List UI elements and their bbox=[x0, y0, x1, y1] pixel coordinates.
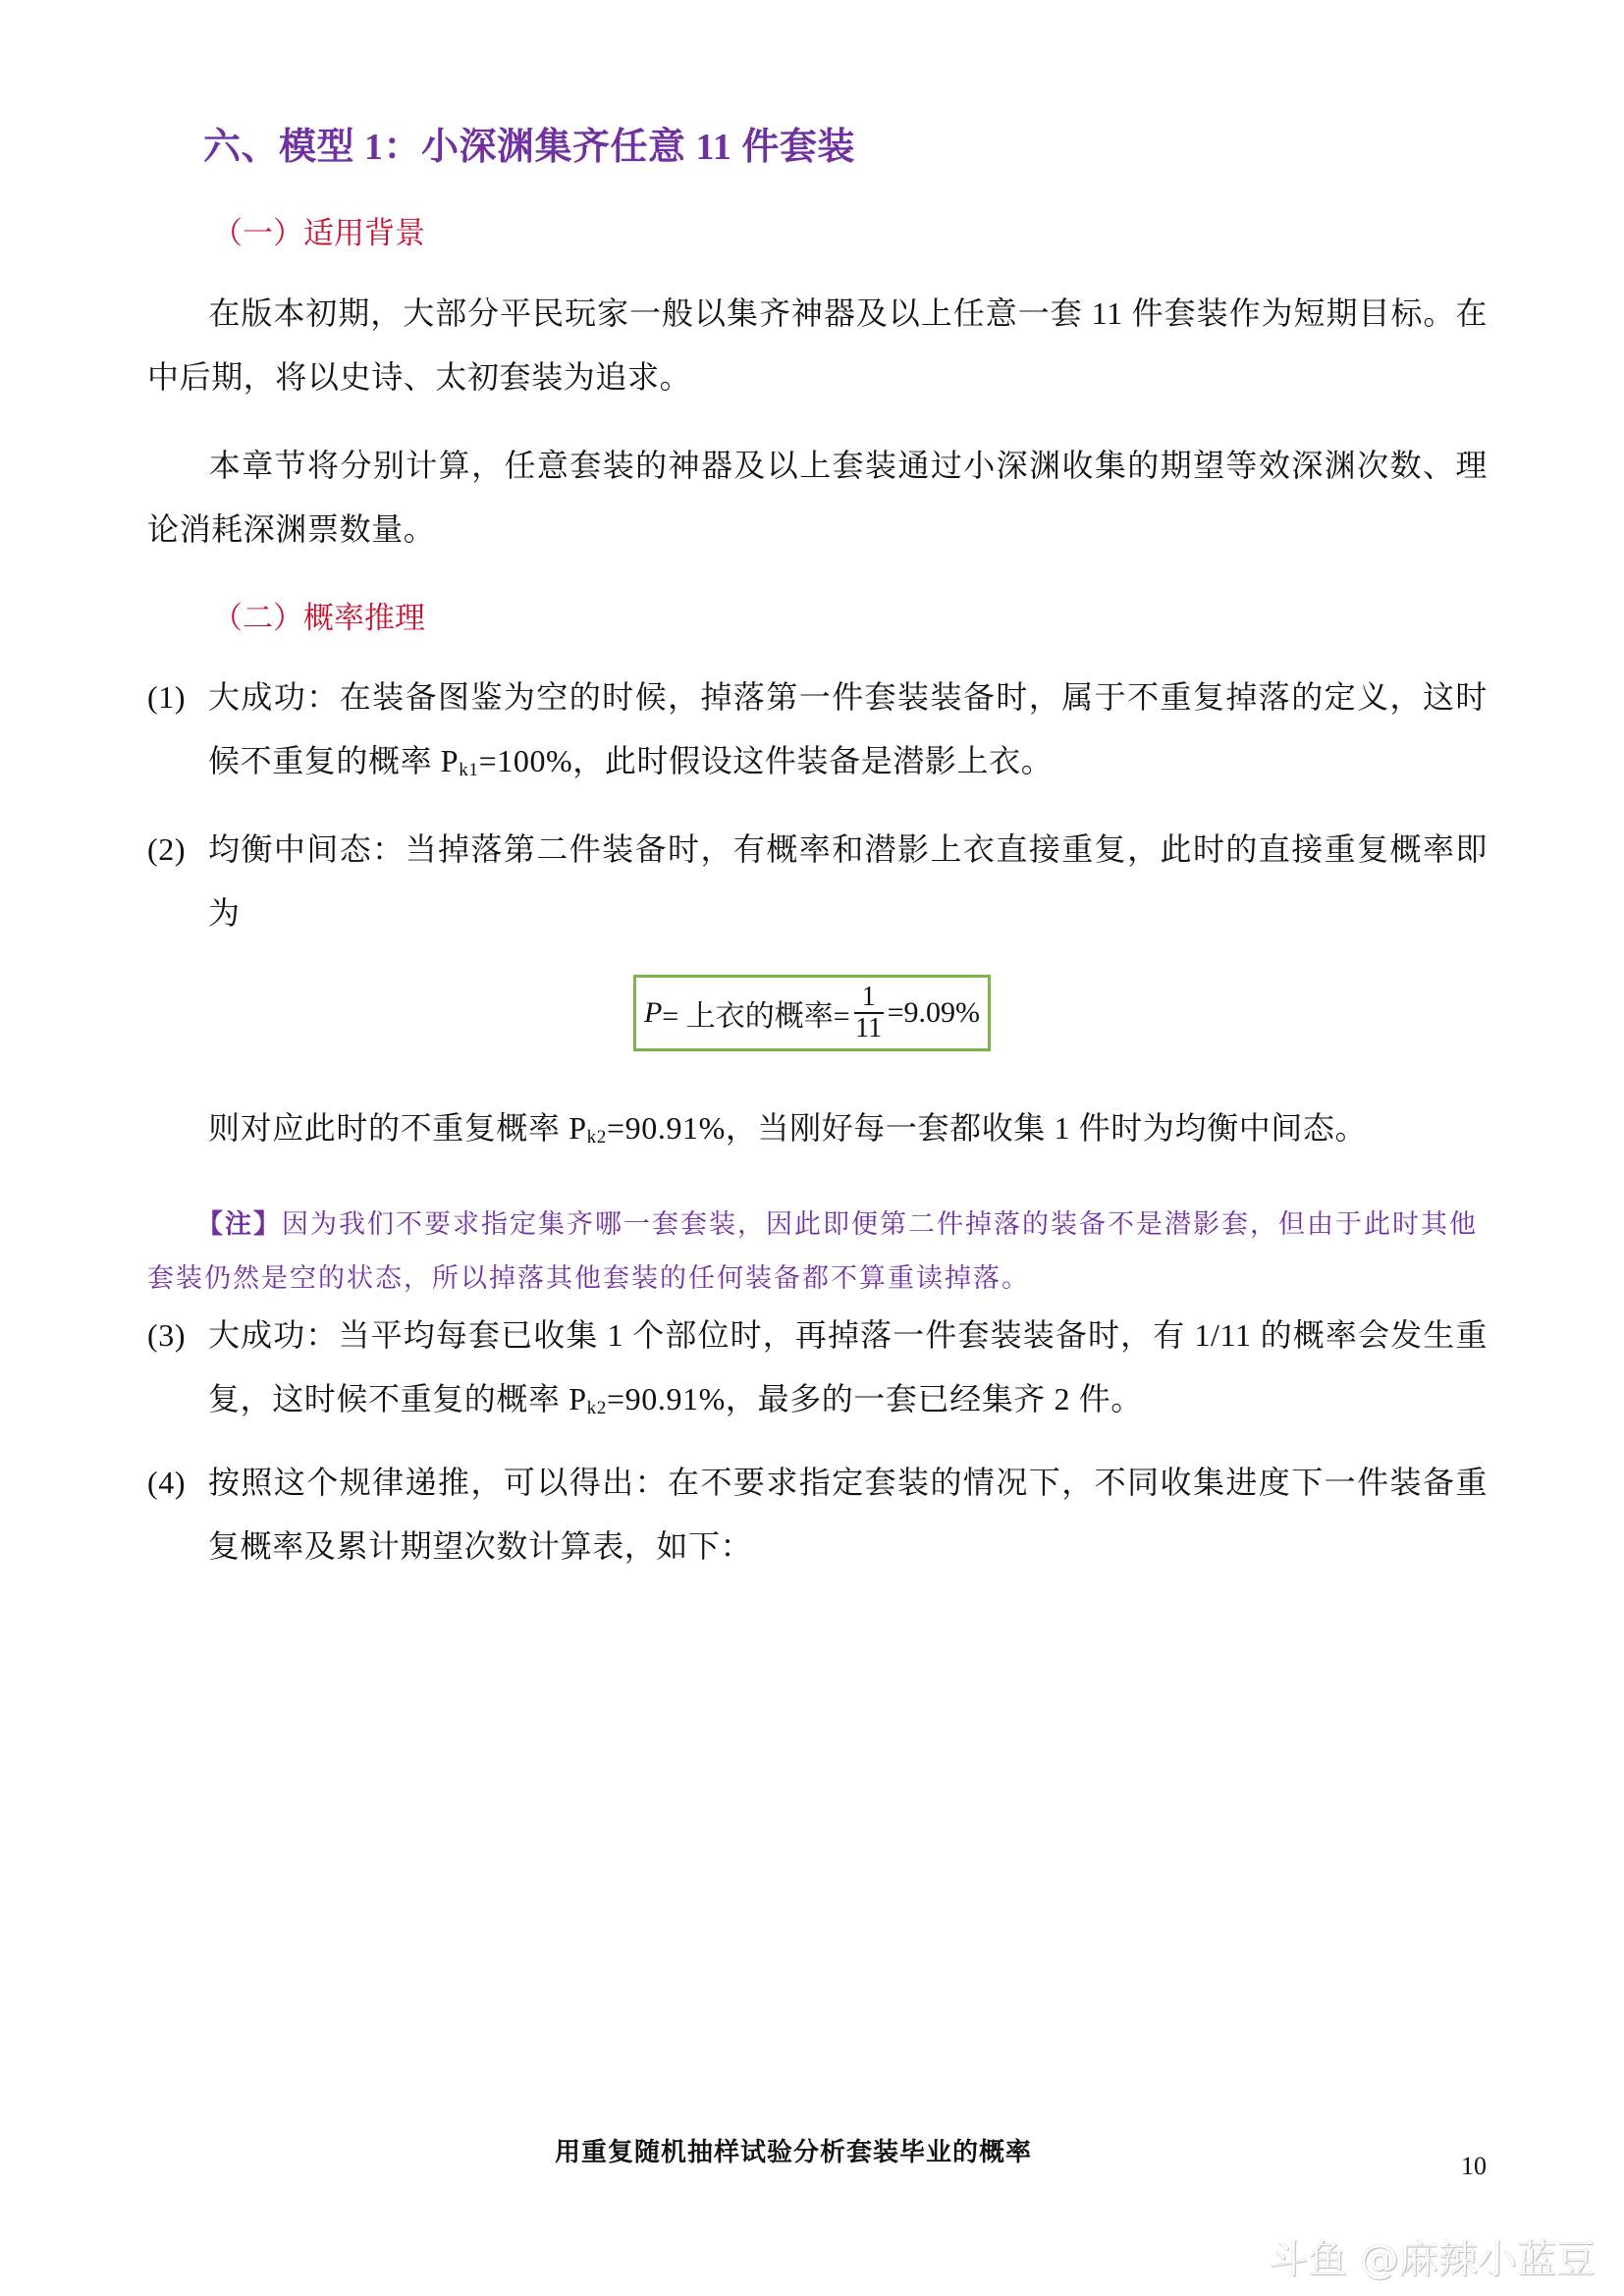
item-text: 均衡中间态：当掉落第二件装备时，有概率和潜影上衣直接重复，此时的直接重复概率即为 bbox=[208, 818, 1488, 945]
page-number: 10 bbox=[1461, 2152, 1487, 2181]
subsection-heading-reasoning: （二）概率推理 bbox=[212, 593, 425, 637]
fraction-denominator: 11 bbox=[855, 1014, 882, 1043]
item-number: (4) bbox=[147, 1451, 186, 1515]
background-paragraph-1: 在版本初期，大部分平民玩家一般以集齐神器及以上任意一套 11 件套装作为短期目标… bbox=[147, 282, 1488, 409]
note-label: 【注】 bbox=[196, 1209, 282, 1240]
note-text: 因为我们不要求指定集齐哪一套套装，因此即便第二件掉落的装备不是潜影套，但由于此时… bbox=[147, 1209, 1478, 1294]
watermark: 斗鱼 @麻辣小蓝豆 bbox=[1269, 2228, 1596, 2284]
item-number: (2) bbox=[147, 818, 186, 881]
equation-box: P = 上衣的概率= 1 11 =9.09% bbox=[633, 975, 991, 1051]
subsection-heading-background: （一）适用背景 bbox=[212, 208, 425, 252]
reasoning-item-1: (1) 大成功：在装备图鉴为空的时候，掉落第一件套装装备时，属于不重复掉落的定义… bbox=[147, 666, 1488, 802]
fraction-numerator: 1 bbox=[862, 983, 876, 1012]
item-number: (1) bbox=[147, 666, 186, 729]
footer-document-title: 用重复随机抽样试验分析套装毕业的概率 bbox=[555, 2132, 1032, 2168]
background-paragraph-2: 本章节将分别计算，任意套装的神器及以上套装通过小深渊收集的期望等效深渊次数、理论… bbox=[147, 434, 1488, 561]
item-number: (3) bbox=[147, 1304, 186, 1367]
section-title: 六、模型 1：小深渊集齐任意 11 件套装 bbox=[203, 116, 855, 170]
note-paragraph: 【注】因为我们不要求指定集齐哪一套套装，因此即便第二件掉落的装备不是潜影套，但由… bbox=[147, 1198, 1488, 1306]
item-text: 按照这个规律递推，可以得出：在不要求指定套装的情况下，不同收集进度下一件装备重复… bbox=[208, 1451, 1488, 1578]
item-text: 大成功：当平均每套已收集 1 个部位时，再掉落一件套装装备时，有 1/11 的概… bbox=[208, 1304, 1488, 1440]
item-text: 大成功：在装备图鉴为空的时候，掉落第一件套装装备时，属于不重复掉落的定义，这时候… bbox=[208, 666, 1488, 802]
after-equation-paragraph: 则对应此时的不重复概率 Pk2=90.91%，当刚好每一套都收集 1 件时为均衡… bbox=[147, 1096, 1488, 1169]
reasoning-item-4: (4) 按照这个规律递推，可以得出：在不要求指定套装的情况下，不同收集进度下一件… bbox=[147, 1451, 1488, 1578]
reasoning-item-2: (2) 均衡中间态：当掉落第二件装备时，有概率和潜影上衣直接重复，此时的直接重复… bbox=[147, 818, 1488, 945]
equation-fraction: 1 11 bbox=[854, 983, 884, 1043]
equation-text: = 上衣的概率= bbox=[662, 991, 849, 1035]
equation-variable: P bbox=[644, 996, 662, 1030]
reasoning-item-3: (3) 大成功：当平均每套已收集 1 个部位时，再掉落一件套装装备时，有 1/1… bbox=[147, 1304, 1488, 1440]
equation-result: =9.09% bbox=[888, 996, 980, 1030]
